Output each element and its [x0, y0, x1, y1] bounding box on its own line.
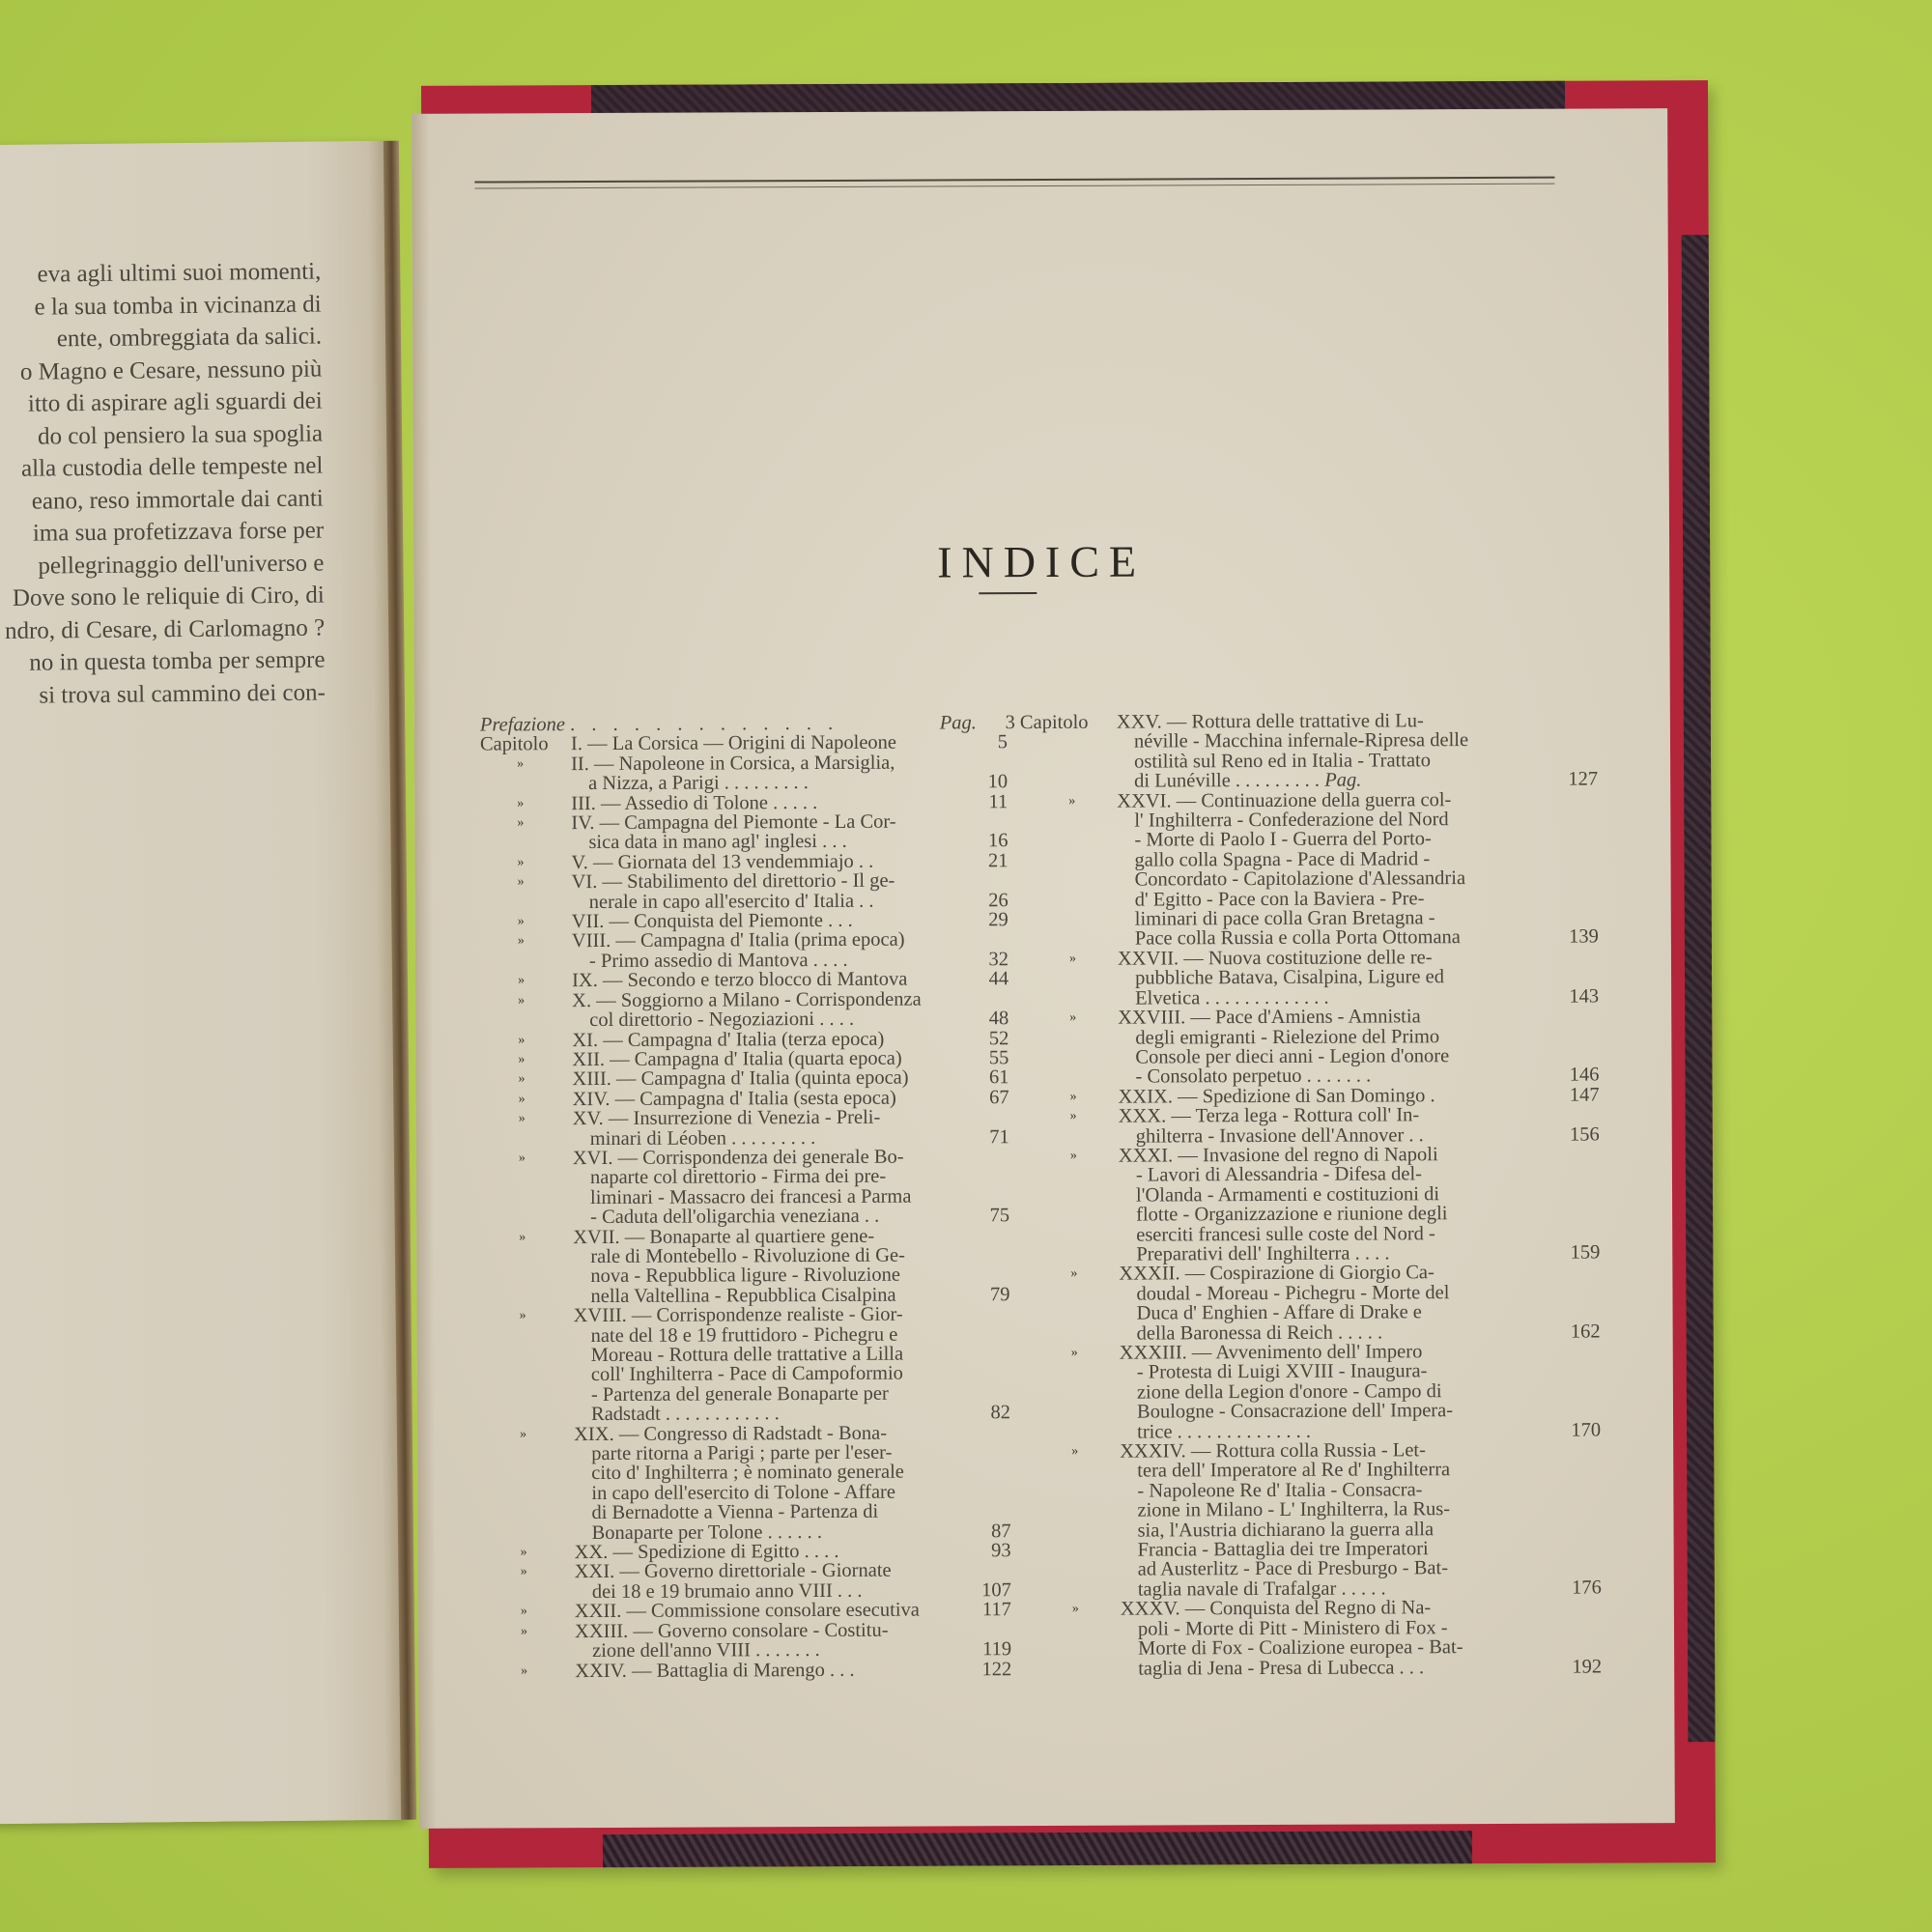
- toc-entry[interactable]: »VII. — Conquista del Piemonte . . .29: [481, 910, 1061, 932]
- ditto-mark: »: [1072, 1600, 1079, 1619]
- left-page-line: do col pensiero la sua spoglia: [0, 417, 323, 453]
- ditto-mark: »: [520, 1425, 526, 1444]
- toc-entry[interactable]: »XIII. — Campagna d' Italia (quinta epoc…: [481, 1067, 1061, 1090]
- toc-entry[interactable]: CapitoloXXV. — Rottura delle trattative …: [1028, 710, 1607, 791]
- toc-entry[interactable]: »III. — Assedio di Tolone . . . . .11: [480, 792, 1060, 814]
- pag-label: Pag.: [1320, 770, 1361, 791]
- toc-entry-line: XXIV. — Battaglia di Marengo . . .: [575, 1660, 980, 1681]
- toc-entry-line: XXIII. — Governo consolare - Costitu-: [575, 1620, 980, 1641]
- toc-entry[interactable]: »XII. — Campagna d' Italia (quarta epoca…: [481, 1048, 1061, 1070]
- ditto-mark: »: [1070, 1088, 1077, 1107]
- cover-cloth-band-bottom: [603, 1831, 1472, 1867]
- toc-entry-line: XXXIV. — Rottura colla Russia - Let-: [1120, 1440, 1525, 1462]
- page-number: 11: [988, 792, 1008, 811]
- toc-entry-line: ghilterra - Invasione dell'Annover . .: [1119, 1124, 1524, 1146]
- page-number: 26: [988, 891, 1009, 910]
- toc-entry[interactable]: »XXXV. — Conquista del Regno di Na-poli …: [1032, 1598, 1611, 1679]
- toc-entry-line: ostilità sul Reno ed in Italia - Trattat…: [1117, 751, 1522, 772]
- toc-entry-line: rale di Montebello - Rivoluzione di Ge-: [573, 1245, 979, 1266]
- page-number: 10: [988, 772, 1009, 791]
- toc-entry-line: XXXII. — Cospirazione di Giorgio Ca-: [1119, 1263, 1524, 1284]
- toc-entry-line: - Napoleone Re d' Italia - Consacra-: [1120, 1480, 1525, 1501]
- ditto-mark: »: [519, 1090, 526, 1109]
- toc-entry-line: IV. — Campagna del Piemonte - La Cor-: [571, 811, 977, 833]
- toc-entry-line: XVI. — Corrispondenza dei generale Bo-: [573, 1147, 979, 1168]
- toc-entry-line: Bonaparte per Tolone . . . . . .: [575, 1521, 980, 1543]
- toc-entry-line: taglia di Jena - Presa di Lubecca . . .: [1121, 1657, 1526, 1678]
- toc-entry-line: sica data in mano agl' inglesi . . .: [571, 832, 977, 853]
- toc-entry-line: XIII. — Campagna d' Italia (quinta epoca…: [572, 1068, 978, 1090]
- toc-entry-line: VIII. — Campagna d' Italia (prima epoca): [572, 930, 978, 952]
- toc-entry-line: XXVIII. — Pace d'Amiens - Amnistia: [1118, 1007, 1523, 1028]
- toc-entry[interactable]: »XXX. — Terza lega - Rottura coll' In-gh…: [1030, 1105, 1609, 1147]
- toc-entry[interactable]: »VIII. — Campagna d' Italia (prima epoca…: [481, 929, 1061, 971]
- toc-entry[interactable]: »XXXII. — Cospirazione di Giorgio Ca-dou…: [1030, 1263, 1609, 1344]
- toc-entry-line: - Lavori di Alessandria - Difesa del-: [1119, 1164, 1524, 1185]
- page-number: 16: [988, 832, 1009, 851]
- left-page-line: o Magno e Cesare, nessuno più: [0, 353, 323, 388]
- toc-entry-line: col direttorio - Negoziazioni . . . .: [572, 1009, 978, 1030]
- left-page-line: pellegrinaggio dell'universo e: [0, 547, 325, 582]
- page-number: 61: [989, 1067, 1009, 1087]
- toc-entry-line: naparte col direttorio - Firma dei pre-: [573, 1167, 979, 1188]
- header-double-rule: [474, 177, 1554, 189]
- ditto-mark: »: [517, 853, 524, 872]
- page-number: 119: [982, 1639, 1011, 1660]
- toc-entry-line: nella Valtellina - Repubblica Cisalpina: [573, 1285, 979, 1306]
- page-number: 170: [1571, 1420, 1601, 1440]
- toc-entry-line: zione in Milano - L' Inghilterra, la Rus…: [1120, 1499, 1525, 1520]
- page-number: 82: [990, 1403, 1010, 1422]
- toc-entry-line: XXXIII. — Avvenimento dell' Impero: [1120, 1342, 1525, 1363]
- toc-entry-line: pubbliche Batava, Cisalpina, Ligure ed: [1118, 967, 1523, 988]
- toc-entry-line: XXXV. — Conquista del Regno di Na-: [1121, 1598, 1526, 1619]
- toc-entry-line: della Baronessa di Reich . . . . .: [1120, 1321, 1525, 1343]
- toc-entry-line: flotte - Organizzazione e riunione degli: [1119, 1204, 1524, 1225]
- toc-entry-line: I. — La Corsica — Origini di Napoleone: [571, 733, 977, 754]
- toc-entry[interactable]: »XXII. — Commissione consolare esecutiva…: [484, 1600, 1064, 1622]
- toc-entry-line: di Lunéville . . . . . . . . . Pag.: [1117, 770, 1522, 791]
- toc-entry-line: eserciti francesi sulle coste del Nord -: [1119, 1223, 1524, 1244]
- page-number: 48: [989, 1009, 1009, 1028]
- toc-entry-line: a Nizza, a Parigi . . . . . . . . .: [571, 773, 977, 794]
- toc-entry[interactable]: »XVIII. — Corrispondenze realiste - Gior…: [483, 1304, 1064, 1425]
- page-number: 139: [1569, 927, 1599, 948]
- toc-entry-line: - Primo assedio di Mantova . . . .: [572, 950, 978, 971]
- pag-label: Pag.: [940, 713, 977, 733]
- page-number: 75: [990, 1206, 1010, 1225]
- toc-entry-line: nova - Repubblica ligure - Rivoluzione: [573, 1265, 979, 1287]
- toc-entry-line: zione della Legion d'onore - Campo di: [1120, 1381, 1525, 1403]
- toc-entry-line: - Protesta di Luigi XVIII - Inaugura-: [1120, 1361, 1525, 1382]
- toc-entry-line: di Bernadotte a Vienna - Partenza di: [574, 1502, 980, 1523]
- chapter-label: Capitolo: [1020, 713, 1089, 733]
- left-page-line: itto di aspirare agli sguardi dei: [0, 385, 323, 421]
- ditto-mark: »: [518, 991, 525, 1010]
- page-number: 3: [1006, 713, 1015, 732]
- page-number: 93: [991, 1541, 1011, 1560]
- index-page: INDICE Prefazione . . . . . . . . . . . …: [412, 108, 1675, 1829]
- ditto-mark: »: [1068, 791, 1075, 810]
- left-page-line: eva agli ultimi suoi momenti,: [0, 256, 321, 292]
- toc-entry-line: taglia navale di Trafalgar . . . . .: [1121, 1578, 1526, 1600]
- toc-entry-line: nerale in capo all'esercito d' Italia . …: [572, 891, 978, 912]
- toc-column-right: CapitoloXXV. — Rottura delle trattative …: [1028, 710, 1611, 1679]
- toc-entry[interactable]: »XI. — Campagna d' Italia (terza epoca)5…: [481, 1028, 1061, 1050]
- title-underline: [979, 592, 1037, 594]
- ditto-mark: »: [518, 873, 525, 893]
- toc-entry[interactable]: »XXIII. — Governo consolare - Costitu-zi…: [484, 1620, 1064, 1662]
- toc-entry-line: XX. — Spedizione di Egitto . . . .: [575, 1541, 980, 1562]
- toc-entry-line: l' Inghilterra - Confederazione del Nord: [1117, 810, 1522, 831]
- ditto-mark: »: [521, 1563, 527, 1582]
- preface-label: Prefazione: [480, 714, 565, 735]
- ditto-mark: »: [1070, 1147, 1077, 1166]
- toc-entry-line: d' Egitto - Pace con la Baviera - Pre-: [1118, 888, 1523, 909]
- page-number: 122: [981, 1660, 1011, 1680]
- toc-entry-line: parte ritorna a Parigi ; parte per l'ese…: [574, 1442, 980, 1463]
- toc-entry-line: XXI. — Governo direttoriale - Giornate: [575, 1561, 980, 1582]
- toc-entry-line: XVIII. — Corrispondenze realiste - Gior-: [574, 1304, 980, 1325]
- ditto-mark: »: [519, 1149, 526, 1168]
- toc-entry[interactable]: »X. — Soggiorno a Milano - Corrispondenz…: [481, 989, 1061, 1031]
- toc-entry-line: XIV. — Campagna d' Italia (sesta epoca): [573, 1088, 979, 1109]
- page-number: 79: [990, 1285, 1010, 1304]
- toc-entry-line: - Morte di Paolo I - Guerra del Porto-: [1117, 829, 1522, 850]
- left-page-line: ndro, di Cesare, di Carlomagno ?: [0, 611, 325, 647]
- page-number: 107: [981, 1580, 1011, 1601]
- toc-entry-line: minari di Léoben . . . . . . . . .: [573, 1127, 979, 1149]
- ditto-mark: »: [518, 932, 525, 952]
- ditto-mark: »: [519, 1109, 526, 1128]
- toc-entry-line: XI. — Campagna d' Italia (terza epoca): [572, 1029, 978, 1050]
- toc-entry-line: liminari di pace colla Gran Bretagna -: [1118, 908, 1523, 929]
- ditto-mark: »: [1071, 1344, 1078, 1363]
- toc-entry-line: Console per dieci anni - Legion d'onore: [1118, 1046, 1523, 1067]
- toc-entry[interactable]: »XVI. — Corrispondenza dei generale Bo-n…: [482, 1147, 1062, 1228]
- toc-entry-line: XXX. — Terza lega - Rottura coll' In-: [1119, 1105, 1524, 1126]
- page-number: 5: [998, 733, 1008, 753]
- page-number: 156: [1570, 1124, 1600, 1145]
- toc-entry-line: degli emigranti - Rielezione del Primo: [1118, 1026, 1523, 1047]
- toc-entry[interactable]: »XXVIII. — Pace d'Amiens - Amnistiadegli…: [1029, 1007, 1608, 1088]
- ditto-mark: »: [1070, 1264, 1077, 1284]
- page-number: 52: [989, 1029, 1009, 1048]
- page-number: 162: [1571, 1321, 1601, 1342]
- toc-entry-line: in capo dell'esercito di Tolone - Affare: [574, 1482, 980, 1503]
- toc-entry[interactable]: »IX. — Secondo e terzo blocco di Mantova…: [481, 969, 1061, 991]
- toc-entry-line: - Caduta dell'oligarchia veneziana . .: [573, 1206, 979, 1227]
- toc-entry[interactable]: »XX. — Spedizione di Egitto . . . .93: [484, 1541, 1064, 1563]
- toc-entry[interactable]: »XXVI. — Continuazione della guerra col-…: [1028, 789, 1608, 950]
- ditto-mark: »: [518, 912, 525, 931]
- page-number: 29: [988, 910, 1009, 929]
- toc-entry-line: V. — Giornata del 13 vendemmiajo . .: [571, 851, 977, 872]
- toc-entry-line: - Partenza del generale Bonaparte per: [574, 1383, 980, 1405]
- toc-entry-line: XXVII. — Nuova costituzione delle re-: [1118, 948, 1523, 969]
- toc-entry-line: dei 18 e 19 brumaio anno VIII . . .: [575, 1580, 980, 1602]
- ditto-mark: »: [518, 1050, 525, 1069]
- toc-entry[interactable]: »II. — Napoleone in Corsica, a Marsiglia…: [480, 753, 1060, 794]
- toc-entry[interactable]: »XXIV. — Battaglia di Marengo . . .122: [484, 1659, 1064, 1681]
- left-page-line: ente, ombreggiata da salici.: [0, 321, 322, 356]
- page-number: 71: [989, 1127, 1009, 1147]
- ditto-mark: »: [521, 1603, 527, 1622]
- ditto-mark: »: [518, 1031, 525, 1050]
- chapter-label: Capitolo: [480, 735, 549, 755]
- page-number: 192: [1572, 1657, 1602, 1677]
- toc-entry-line: Preparativi dell' Inghilterra . . . .: [1119, 1243, 1524, 1264]
- page-number: 117: [982, 1600, 1011, 1620]
- page-number: 87: [991, 1521, 1011, 1541]
- toc-entry-line: XXIX. — Spedizione di San Domingo .: [1119, 1086, 1524, 1107]
- toc-entry-line: VI. — Stabilimento del direttorio - Il g…: [572, 871, 978, 893]
- toc-entry-line: tera dell' Imperatore al Re d' Inghilter…: [1120, 1460, 1525, 1481]
- toc-entry[interactable]: »XIX. — Congresso di Radstadt - Bona-par…: [483, 1423, 1064, 1544]
- toc-entry-line: XII. — Campagna d' Italia (quarta epoca): [572, 1048, 978, 1069]
- toc-entry[interactable]: »XXXIII. — Avvenimento dell' Impero- Pro…: [1031, 1341, 1610, 1442]
- toc-entry-line: coll' Inghilterra - Pace di Campoformio: [574, 1364, 980, 1385]
- toc-entry-line: ad Austerlitz - Pace di Presburgo - Bat-: [1121, 1558, 1526, 1579]
- ditto-mark: »: [517, 794, 524, 813]
- toc-entry-line: XIX. — Congresso di Radstadt - Bona-: [574, 1423, 980, 1444]
- toc-entry[interactable]: »IV. — Campagna del Piemonte - La Cor-si…: [480, 811, 1060, 853]
- toc-entry-line: VII. — Conquista del Piemonte . . .: [572, 910, 978, 931]
- ditto-mark: »: [518, 1070, 525, 1090]
- toc-entry-line: trice . . . . . . . . . . . . . .: [1120, 1420, 1525, 1441]
- toc-entry-line: Boulogne - Consacrazione dell' Impera-: [1120, 1401, 1525, 1422]
- left-page-text: eva agli ultimi suoi momenti,e la sua to…: [0, 256, 326, 713]
- toc-entry-line: IX. — Secondo e terzo blocco di Mantova: [572, 970, 978, 991]
- toc-entry-line: poli - Morte di Pitt - Ministero di Fox …: [1121, 1618, 1526, 1639]
- toc-entry-line: nate del 18 e 19 fruttidoro - Pichegru e: [574, 1324, 980, 1346]
- page-number: 32: [988, 950, 1009, 969]
- page-title: INDICE: [413, 533, 1669, 590]
- ditto-mark: »: [1069, 1009, 1076, 1028]
- ditto-mark: »: [1069, 950, 1076, 969]
- toc-entry-line: Francia - Battaglia dei tre Imperatori: [1121, 1539, 1526, 1560]
- page-number: 21: [988, 851, 1009, 870]
- page-number: 67: [989, 1088, 1009, 1107]
- ditto-mark: »: [517, 754, 524, 774]
- toc-entry-line: X. — Soggiorno a Milano - Corrispondenza: [572, 989, 978, 1010]
- toc-entry-line: liminari - Massacro dei francesi a Parma: [573, 1186, 979, 1207]
- toc-entry-line: l'Olanda - Armamenti e costituzioni di: [1119, 1184, 1524, 1206]
- toc-entry-line: XXVI. — Continuazione della guerra col-: [1117, 789, 1522, 810]
- left-page-line: no in questa tomba per sempre: [0, 644, 326, 680]
- toc-entry-line: XVII. — Bonaparte al quartiere gene-: [573, 1226, 979, 1247]
- toc-entry-line: zione dell'anno VIII . . . . . . .: [575, 1639, 980, 1661]
- toc-entry-line: XXII. — Commissione consolare esecutiva: [575, 1601, 980, 1622]
- toc-entry-line: Concordato - Capitolazione d'Alessandria: [1118, 868, 1523, 890]
- toc-entry[interactable]: »XXXIV. — Rottura colla Russia - Let-ter…: [1031, 1439, 1611, 1600]
- toc-entry[interactable]: »XIV. — Campagna d' Italia (sesta epoca)…: [482, 1088, 1062, 1110]
- toc-entry-line: II. — Napoleone in Corsica, a Marsiglia,: [571, 753, 977, 774]
- ditto-mark: »: [519, 1228, 526, 1247]
- page-number: 147: [1570, 1085, 1600, 1105]
- toc-entry[interactable]: »VI. — Stabilimento del direttorio - Il …: [481, 870, 1061, 912]
- toc-entry-line: III. — Assedio di Tolone . . . . .: [571, 792, 977, 813]
- left-page-line: alla custodia delle tempeste nel: [0, 450, 324, 486]
- toc-entry[interactable]: CapitoloI. — La Corsica — Origini di Nap…: [480, 732, 1060, 754]
- toc-entry-line: Moreau - Rottura delle trattative a Lill…: [574, 1344, 980, 1365]
- ditto-mark: »: [521, 1662, 527, 1681]
- left-page: eva agli ultimi suoi momenti,e la sua to…: [0, 141, 407, 1824]
- toc-entry-line: Morte di Fox - Coalizione europea - Bat-: [1121, 1637, 1526, 1659]
- ditto-mark: »: [521, 1543, 527, 1562]
- left-page-line: e la sua tomba in vicinanza di: [0, 288, 322, 324]
- page-number: 146: [1570, 1065, 1600, 1086]
- page-number: 127: [1568, 770, 1598, 790]
- page-number: 143: [1569, 986, 1599, 1007]
- left-page-line: Dove sono le reliquie di Ciro, di: [0, 580, 325, 615]
- toc-entry-line: Pace colla Russia e colla Porta Ottomana: [1118, 927, 1523, 949]
- ditto-mark: »: [520, 1307, 526, 1326]
- toc-entry-line: cito d' Inghilterra ; è nominato general…: [574, 1463, 980, 1484]
- toc-entry-line: XV. — Insurrezione di Venezia - Preli-: [573, 1107, 979, 1128]
- page-number: 55: [989, 1048, 1009, 1067]
- ditto-mark: »: [1070, 1107, 1077, 1126]
- ditto-mark: »: [518, 972, 525, 991]
- ditto-mark: »: [521, 1622, 527, 1641]
- toc-entry-line: doudal - Moreau - Pichegru - Morte del: [1119, 1283, 1524, 1304]
- toc-entry[interactable]: »XXI. — Governo direttoriale - Giornated…: [484, 1560, 1064, 1602]
- toc-entry[interactable]: »V. — Giornata del 13 vendemmiajo . .21: [480, 851, 1060, 873]
- toc-entry-preface[interactable]: Prefazione . . . . . . . . . . . . . Pag…: [480, 713, 977, 735]
- toc-entry-line: - Consolato perpetuo . . . . . . .: [1118, 1065, 1523, 1087]
- toc-entry[interactable]: »XXIX. — Spedizione di San Domingo .147: [1030, 1085, 1609, 1107]
- toc-entry[interactable]: »XV. — Insurrezione di Venezia - Preli-m…: [482, 1107, 1062, 1149]
- page-number: 176: [1572, 1577, 1602, 1598]
- toc-entry[interactable]: »XVII. — Bonaparte al quartiere gene-ral…: [482, 1225, 1062, 1306]
- left-page-line: ima sua profetizzava forse per: [0, 515, 324, 551]
- toc-entry[interactable]: »XXXI. — Invasione del regno di Napoli- …: [1030, 1144, 1610, 1264]
- page-number: 44: [989, 969, 1009, 988]
- toc-entry-line: XXXI. — Invasione del regno di Napoli: [1119, 1145, 1524, 1166]
- left-page-line: si trova sul cammino dei con-: [0, 676, 326, 712]
- ditto-mark: »: [517, 813, 524, 833]
- toc-entry-line: sia, l'Austria dichiarano la guerra alla: [1120, 1519, 1525, 1540]
- page-number: 159: [1570, 1242, 1600, 1263]
- toc-entry-line: Duca d' Enghien - Affare di Drake e: [1120, 1302, 1525, 1323]
- toc-column-left: Prefazione . . . . . . . . . . . . . Pag…: [480, 713, 1064, 1682]
- toc-entry-line: Radstadt . . . . . . . . . . . .: [574, 1404, 980, 1425]
- ditto-mark: »: [1071, 1442, 1078, 1462]
- toc-entry-line: néville - Macchina infernale-Ripresa del…: [1117, 730, 1522, 752]
- toc-entry-line: Elvetica . . . . . . . . . . . . .: [1118, 987, 1523, 1009]
- toc-entry[interactable]: »XXVII. — Nuova costituzione delle re-pu…: [1029, 947, 1608, 1009]
- left-page-line: eano, reso immortale dai canti: [0, 482, 324, 518]
